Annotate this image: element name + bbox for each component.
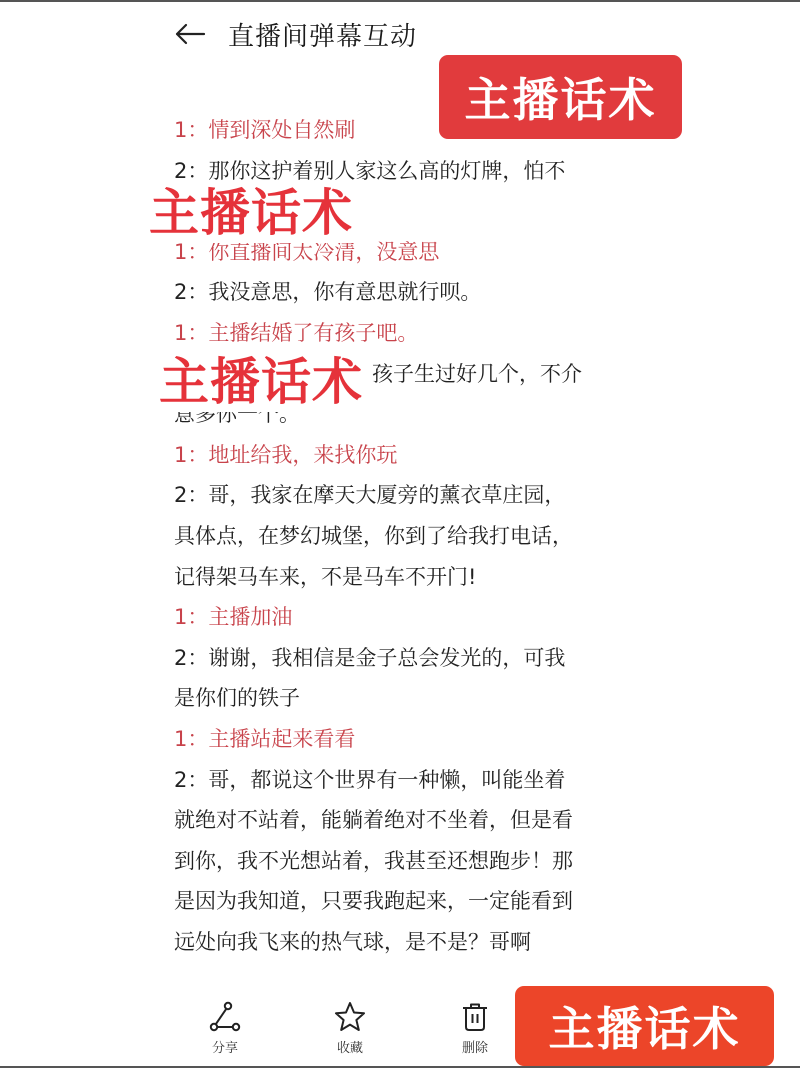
- header: 直播间弹幕互动: [174, 14, 417, 54]
- back-button[interactable]: [174, 16, 210, 52]
- message-line: 2：哥，我家在摩天大厦旁的薰衣草庄园，: [174, 475, 624, 516]
- message-line: 1：主播结婚了有孩子吧。: [174, 313, 624, 354]
- star-icon: [333, 1000, 367, 1034]
- message-line: 2：谢谢，我相信是金子总会发光的，可我: [174, 638, 624, 679]
- favorite-label: 收藏: [337, 1037, 363, 1056]
- message-line: 具体点，在梦幻城堡，你到了给我打电话，: [174, 516, 624, 557]
- message-line: 就绝对不站着，能躺着绝对不坐着，但是看: [174, 800, 624, 841]
- message-line: 是你们的铁子: [174, 678, 624, 719]
- message-line: 2：我没意思，你有意思就行呗。: [174, 272, 624, 313]
- share-label: 分享: [212, 1037, 238, 1056]
- top-border: [0, 0, 800, 2]
- delete-label: 删除: [462, 1037, 488, 1056]
- favorite-button[interactable]: 收藏: [315, 1000, 385, 1060]
- message-line: 1：主播站起来看看: [174, 719, 624, 760]
- sticker-label-text: 主播话术: [143, 183, 359, 243]
- sticker-label-box: 主播话术: [515, 986, 774, 1066]
- message-text: 孩子生过好几个，不介: [372, 362, 582, 386]
- arrow-left-icon: [174, 22, 206, 46]
- share-button[interactable]: 分享: [190, 1000, 260, 1060]
- message-line: 是因为我知道，只要我跑起来，一定能看到: [174, 881, 624, 922]
- bottom-toolbar: 分享 收藏 删除: [190, 1000, 510, 1060]
- sticker-label-text: 主播话术: [155, 352, 367, 412]
- share-icon: [208, 1000, 242, 1034]
- delete-button[interactable]: 删除: [440, 1000, 510, 1060]
- message-line: 2：哥，都说这个世界有一种懒，叫能坐着: [174, 760, 624, 801]
- message-line: 到你，我不光想站着，我甚至还想跑步！那: [174, 841, 624, 882]
- message-line: 远处向我飞来的热气球，是不是？哥啊: [174, 922, 624, 963]
- trash-icon: [458, 1000, 492, 1034]
- message-line: 记得架马车来，不是马车不开门!: [174, 557, 624, 598]
- message-line: 1：主播加油: [174, 597, 624, 638]
- sticker-label-box: 主播话术: [439, 55, 682, 139]
- page-title: 直播间弹幕互动: [228, 16, 417, 53]
- message-line: 1：地址给我，来找你玩: [174, 435, 624, 476]
